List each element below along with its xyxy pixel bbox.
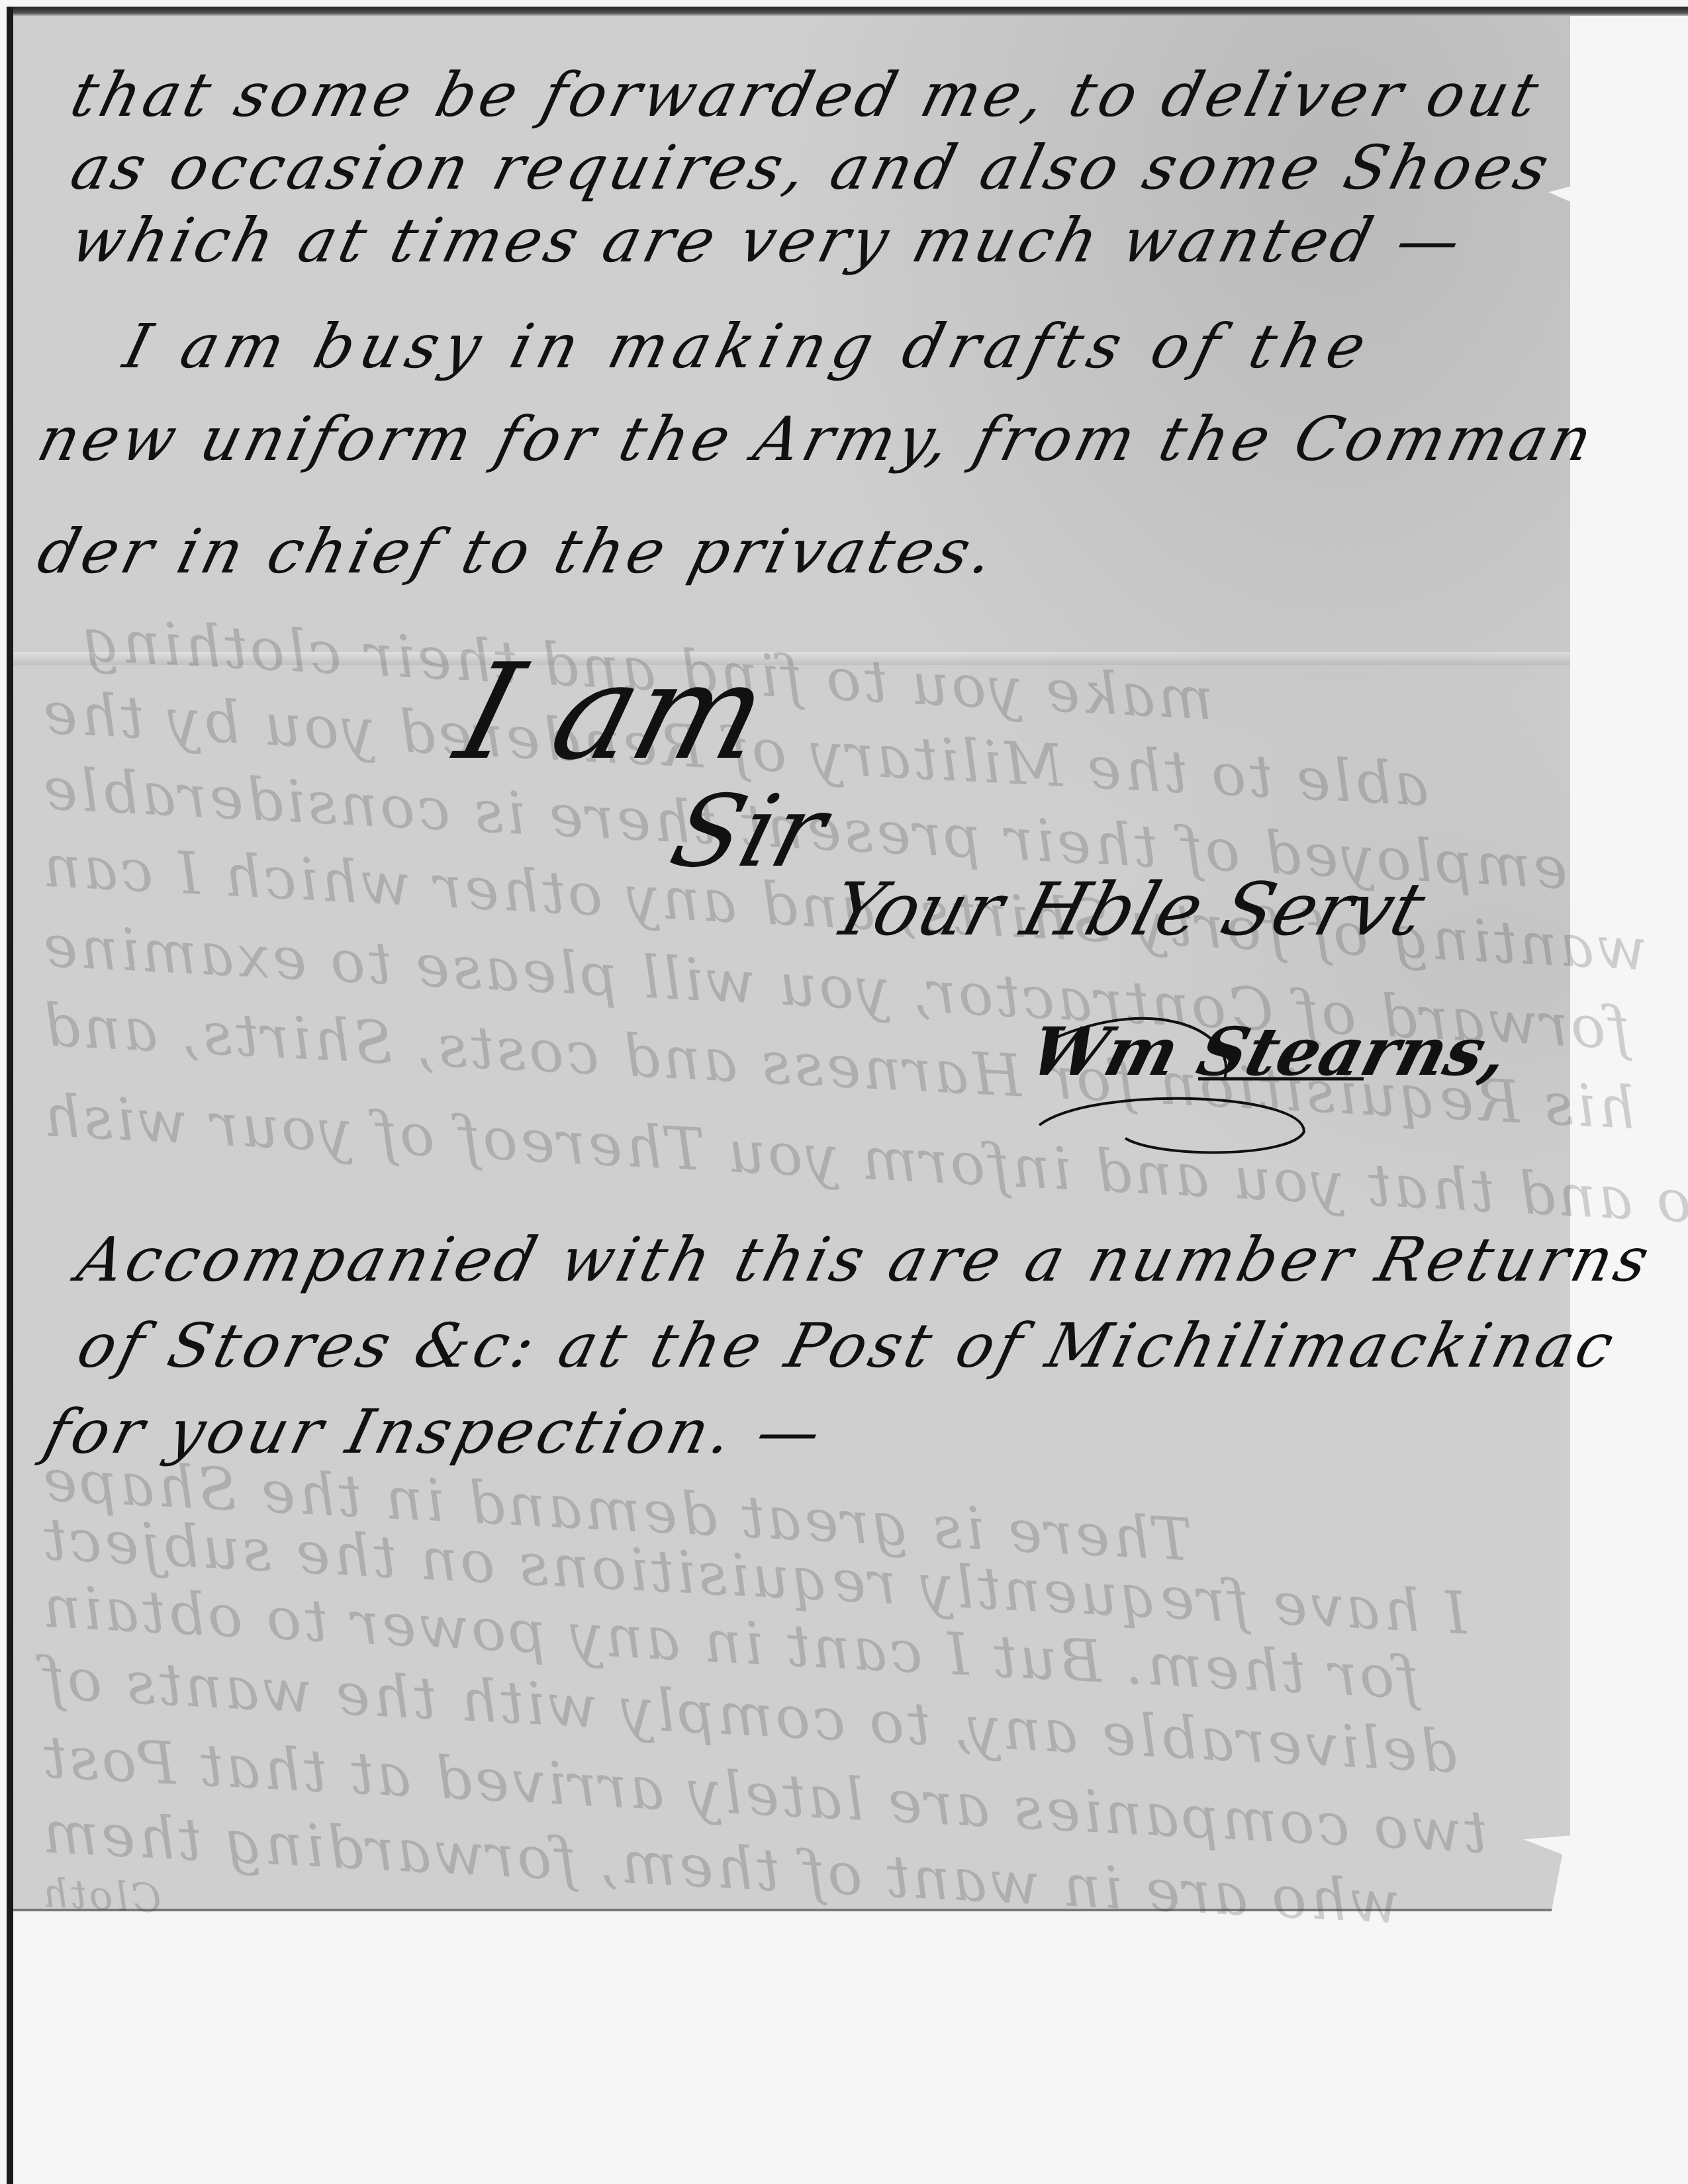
bleed-line: Cloth xyxy=(38,1870,162,1923)
scanner-top-edge xyxy=(7,7,1688,16)
body-line: new uniform for the Army, from the Comma… xyxy=(31,404,1603,475)
body-line: der in chief to the privates. xyxy=(31,516,1006,587)
closing-your-servant: Your Hble Servt xyxy=(823,867,1434,952)
signature-flourish-icon xyxy=(1026,993,1489,1165)
body-line: that some be forwarded me, to deliver ou… xyxy=(64,60,1550,130)
body-line: as occasion requires, and also some Shoe… xyxy=(64,132,1560,203)
body-line: I am busy in making drafts of the xyxy=(117,311,1380,382)
scanner-left-edge xyxy=(7,7,13,2184)
postscript-line: of Stores &c: at the Post of Michilimack… xyxy=(71,1310,1624,1381)
body-line: which at times are very much wanted — xyxy=(64,205,1472,276)
closing-i-am: I am xyxy=(443,635,783,790)
closing-sir: Sir xyxy=(660,774,838,889)
postscript-line: for your Inspection. — xyxy=(38,1396,832,1467)
postscript-line: Accompanied with this are a number Retur… xyxy=(71,1224,1660,1295)
